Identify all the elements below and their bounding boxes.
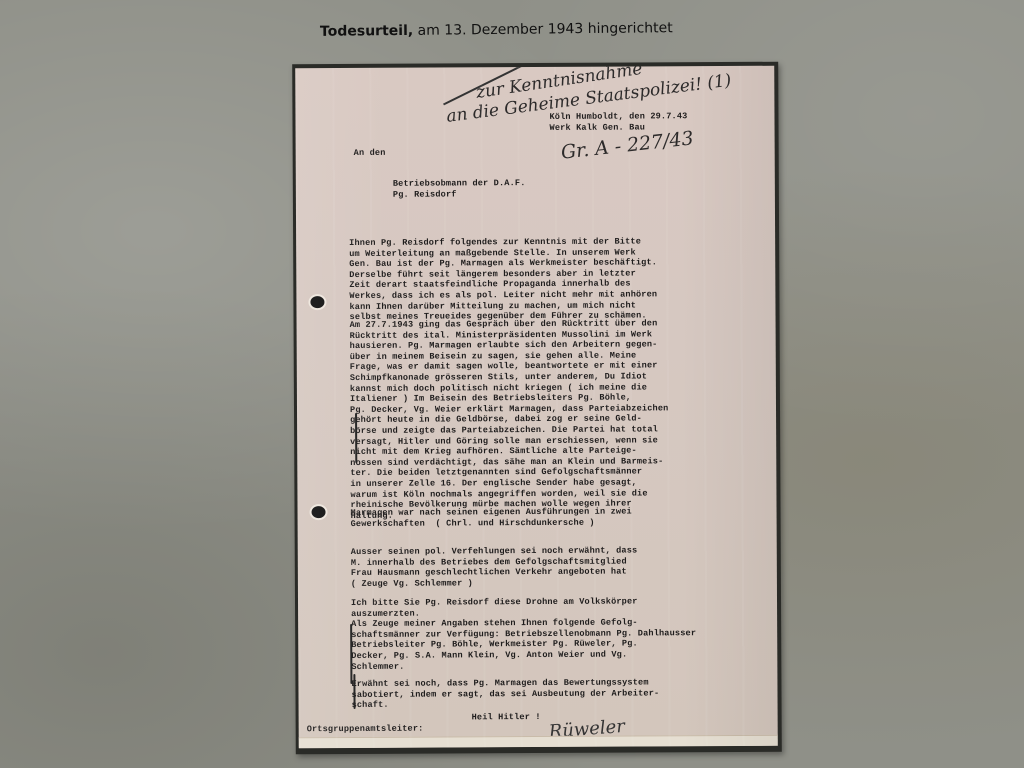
letter-paragraph: Ausser seinen pol. Verfehlungen sei noch… — [351, 545, 638, 589]
caption-text: am 13. Dezember 1943 hingerichtet — [413, 20, 673, 39]
exhibit-caption: Todesurteil, am 13. Dezember 1943 hinger… — [320, 20, 673, 40]
signature-label: Ortsgruppenamtsleiter: — [307, 724, 424, 735]
punch-hole-icon — [310, 296, 324, 308]
recipient: Betriebsobmann der D.A.F. Pg. Reisdorf — [393, 178, 526, 200]
letter-paragraph: Ihnen Pg. Reisdorf folgendes zur Kenntni… — [349, 236, 657, 322]
letter-paragraph: Marmagen war nach seinen eigenen Ausführ… — [351, 507, 632, 530]
caption-bold: Todesurteil, — [320, 23, 413, 40]
letter-paragraph: Erwähnt sei noch, dass Pg. Marmagen das … — [351, 677, 659, 710]
document-frame: zur Kenntnisnahme an die Geheime Staatsp… — [292, 62, 782, 755]
letter-paragraph: Am 27.7.1943 ging das Gespräch über den … — [350, 318, 669, 521]
mount-edge — [299, 735, 778, 749]
address-prefix: An den — [354, 148, 386, 159]
letter-paragraph: Ich bitte Sie Pg. Reisdorf diese Drohne … — [351, 596, 696, 672]
place-date: Köln Humboldt, den 29.7.43 Werk Kalk Gen… — [549, 111, 687, 133]
typed-letter: zur Kenntnisnahme an die Geheime Staatsp… — [295, 66, 778, 748]
closing-salutation: Heil Hitler ! — [472, 712, 541, 723]
punch-hole-icon — [312, 506, 326, 518]
